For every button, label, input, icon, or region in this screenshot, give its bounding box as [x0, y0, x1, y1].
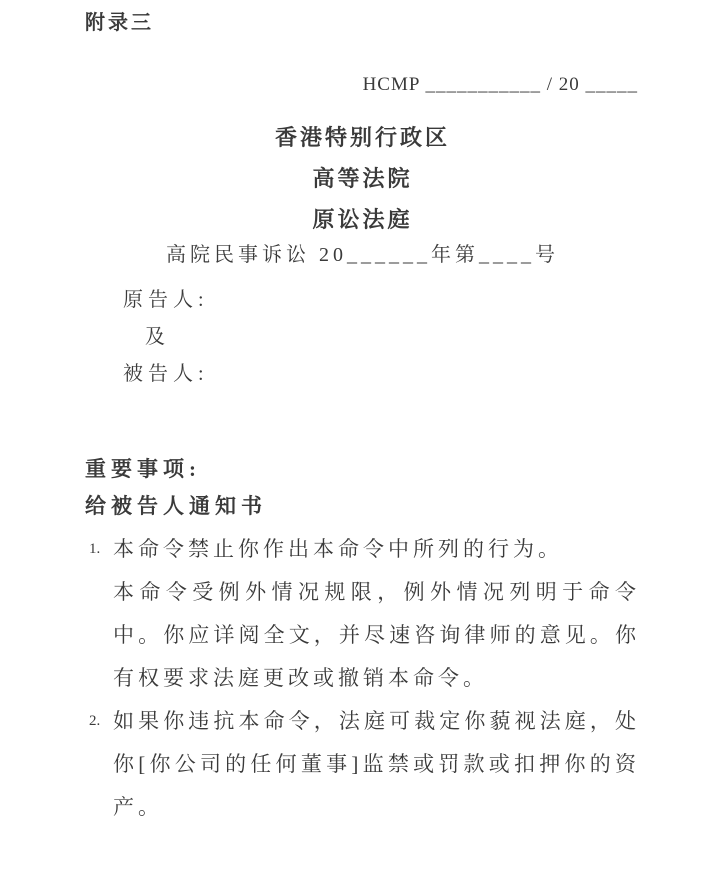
important-matters-heading: 重要事项:: [85, 451, 640, 488]
appendix-label: 附录三: [85, 10, 640, 36]
plaintiff-label: 原告人:: [123, 282, 640, 319]
document-body: 附录三 HCMP ___________ / 20 _____ 香港特别行政区 …: [0, 0, 715, 829]
item-paragraph: 如果你违抗本命令，法庭可裁定你藐视法庭，处你[你公司的任何董事]监禁或罚款或扣押…: [113, 700, 640, 829]
item-body: 如果你违抗本命令，法庭可裁定你藐视法庭，处你[你公司的任何董事]监禁或罚款或扣押…: [113, 700, 640, 829]
item-paragraph: 本命令受例外情况规限，例外情况列明于命令中。你应详阅全文，并尽速咨询律师的意见。…: [113, 571, 640, 700]
item-body: 本命令禁止你作出本命令中所列的行为。 本命令受例外情况规限，例外情况列明于命令中…: [113, 528, 640, 700]
case-reference-line: HCMP ___________ / 20 _____: [85, 72, 640, 98]
notice-list: 1. 本命令禁止你作出本命令中所列的行为。 本命令受例外情况规限，例外情况列明于…: [85, 528, 640, 829]
notice-item-2: 2. 如果你违抗本命令，法庭可裁定你藐视法庭，处你[你公司的任何董事]监禁或罚款…: [85, 700, 640, 829]
action-number-line: 高院民事诉讼 20______年第____号: [85, 242, 640, 268]
item-paragraph: 本命令禁止你作出本命令中所列的行为。: [113, 528, 640, 571]
division-heading: 原讼法庭: [85, 207, 640, 233]
parties-block: 原告人: 及 被告人:: [123, 282, 640, 393]
item-number: 2.: [85, 700, 113, 743]
notice-to-defendant-heading: 给被告人通知书: [85, 488, 640, 525]
court-form-page: 附录三 HCMP ___________ / 20 _____ 香港特别行政区 …: [0, 0, 715, 896]
defendant-label: 被告人:: [123, 356, 640, 393]
and-label: 及: [145, 319, 640, 356]
notice-item-1: 1. 本命令禁止你作出本命令中所列的行为。 本命令受例外情况规限，例外情况列明于…: [85, 528, 640, 700]
court-name-heading: 高等法院: [85, 166, 640, 192]
region-heading: 香港特别行政区: [85, 125, 640, 151]
item-number: 1.: [85, 528, 113, 571]
